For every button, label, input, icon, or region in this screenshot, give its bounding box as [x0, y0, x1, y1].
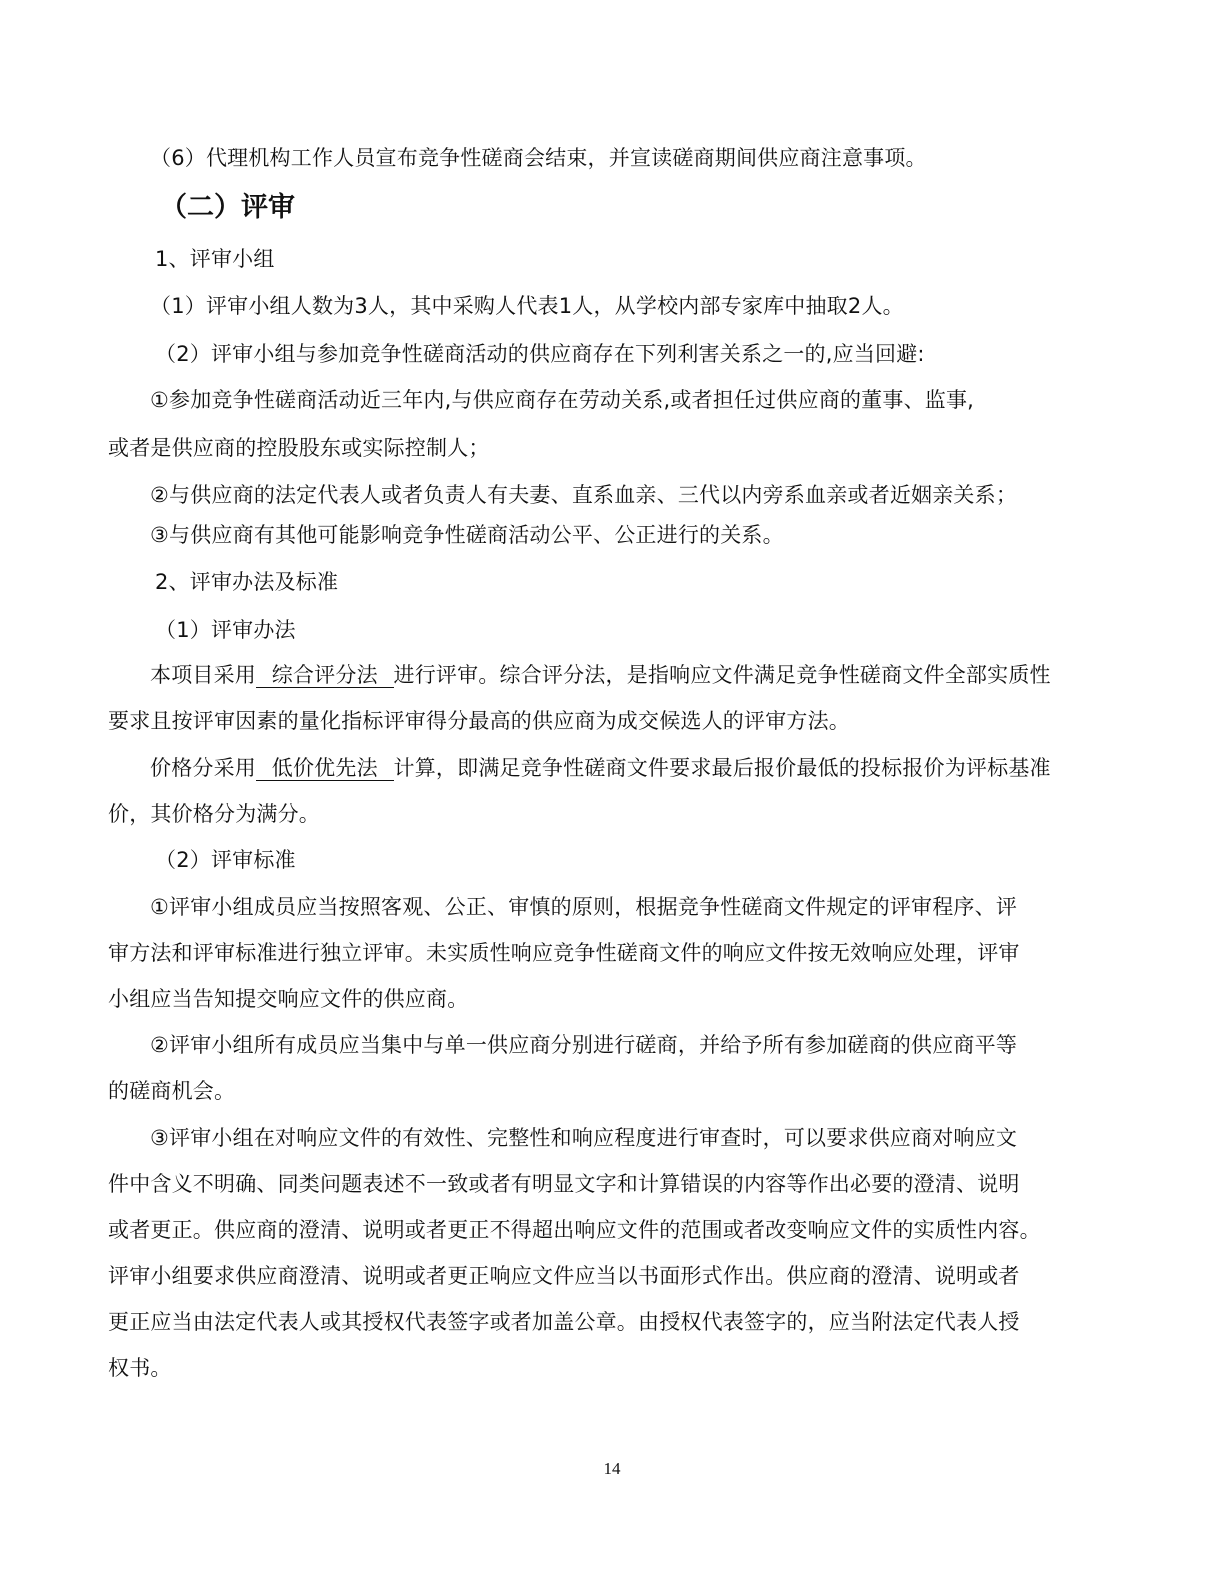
method-p2-suffix: 计算，即满足竞争性磋商文件要求最后报价最低的投标报价为评标基准: [394, 756, 1051, 780]
standard-1-line-3: 小组应当告知提交响应文件的供应商。: [108, 985, 1108, 1013]
method-blank-lowprice: 低价优先法: [256, 756, 394, 781]
standard-3-line-1: ③评审小组在对响应文件的有效性、完整性和响应程度进行审查时，可以要求供应商对响应…: [150, 1124, 1150, 1152]
panel-item-2: （2）评审小组与参加竞争性磋商活动的供应商存在下列利害关系之一的,应当回避:: [155, 340, 1155, 368]
section-heading: （二）评审: [160, 191, 295, 225]
standard-2-line-2: 的磋商机会。: [108, 1077, 1108, 1105]
standard-3-line-3: 或者更正。供应商的澄清、说明或者更正不得超出响应文件的范围或者改变响应文件的实质…: [108, 1216, 1108, 1244]
intro-item-6: （6）代理机构工作人员宣布竞争性磋商会结束，并宣读磋商期间供应商注意事项。: [150, 144, 1150, 172]
method-p1-prefix: 本项目采用: [150, 663, 256, 687]
standard-title: （2）评审标准: [155, 846, 1155, 874]
standard-2-line-1: ②评审小组所有成员应当集中与单一供应商分别进行磋商，并给予所有参加磋商的供应商平…: [150, 1031, 1150, 1059]
standard-3-line-2: 件中含义不明确、同类问题表述不一致或者有明显文字和计算错误的内容等作出必要的澄清…: [108, 1170, 1108, 1198]
conflict-1-line-2: 或者是供应商的控股股东或实际控制人；: [108, 434, 1108, 462]
conflict-2: ②与供应商的法定代表人或者负责人有夫妻、直系血亲、三代以内旁系血亲或者近姻亲关系…: [150, 481, 1150, 509]
method-blank-comprehensive: 综合评分法: [256, 663, 394, 688]
method-p1-suffix: 进行评审。综合评分法，是指响应文件满足竞争性磋商文件全部实质性: [394, 663, 1051, 687]
page-number: 14: [0, 1459, 1224, 1479]
subsection-title-panel: 1、评审小组: [155, 245, 1155, 273]
conflict-1-line-1: ①参加竞争性磋商活动近三年内,与供应商存在劳动关系,或者担任过供应商的董事、监事…: [150, 386, 1150, 414]
conflict-3: ③与供应商有其他可能影响竞争性磋商活动公平、公正进行的关系。: [150, 521, 1150, 549]
subsection-title-method: 2、评审办法及标准: [155, 568, 1155, 596]
method-p2-prefix: 价格分采用: [150, 756, 256, 780]
method-paragraph-1-line-2: 要求且按评审因素的量化指标评审得分最高的供应商为成交候选人的评审方法。: [108, 707, 1108, 735]
panel-item-1: （1）评审小组人数为3人，其中采购人代表1人，从学校内部专家库中抽取2人。: [150, 292, 1150, 320]
standard-3-line-4: 评审小组要求供应商澄清、说明或者更正响应文件应当以书面形式作出。供应商的澄清、说…: [108, 1262, 1108, 1290]
method-paragraph-1: 本项目采用 综合评分法 进行评审。综合评分法，是指响应文件满足竞争性磋商文件全部…: [150, 661, 1150, 689]
method-title: （1）评审办法: [155, 616, 1155, 644]
standard-1-line-2: 审方法和评审标准进行独立评审。未实质性响应竞争性磋商文件的响应文件按无效响应处理…: [108, 939, 1108, 967]
standard-3-line-5: 更正应当由法定代表人或其授权代表签字或者加盖公章。由授权代表签字的，应当附法定代…: [108, 1308, 1108, 1336]
method-paragraph-2: 价格分采用 低价优先法 计算，即满足竞争性磋商文件要求最后报价最低的投标报价为评…: [150, 754, 1150, 782]
method-paragraph-2-line-2: 价，其价格分为满分。: [108, 800, 1108, 828]
standard-1-line-1: ①评审小组成员应当按照客观、公正、审慎的原则，根据竞争性磋商文件规定的评审程序、…: [150, 893, 1150, 921]
standard-3-line-6: 权书。: [108, 1354, 1108, 1382]
